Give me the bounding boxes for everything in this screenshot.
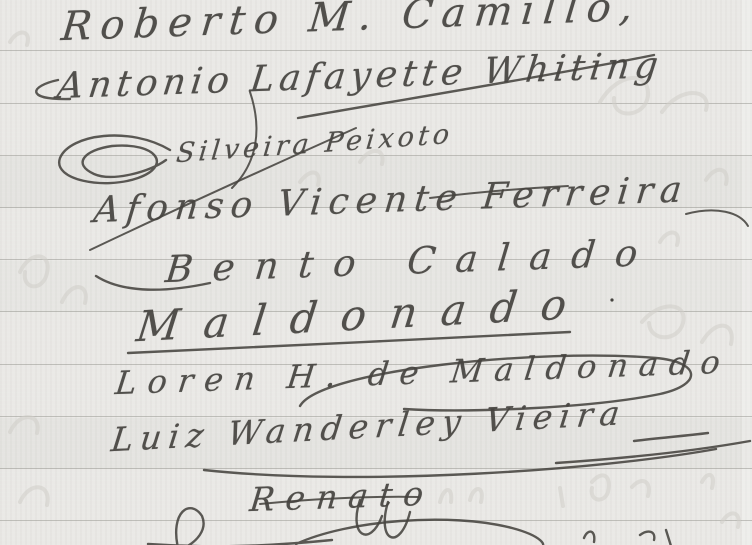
signature-page: Roberto M. Camillo, Antonio Lafayette Wh… [0, 0, 752, 545]
signature-renato: Renato [248, 474, 436, 520]
signature-text: Roberto M. Camillo, [59, 0, 644, 50]
signature-ferreira: Afonso Vicente Ferreira [92, 169, 691, 231]
vieira-dash-stroke [634, 433, 708, 441]
scribble-initials [59, 136, 170, 184]
ferreira-tail-stroke [686, 210, 748, 226]
signature-vieira: Luiz Wanderley Vieira [109, 393, 629, 459]
signature-peixoto: Silveira Peixoto [175, 119, 455, 170]
signature-whiting: Antonio Lafayette Whiting [55, 45, 665, 107]
signature-text: Renato [248, 474, 436, 520]
signature-text: Afonso Vicente Ferreira [92, 169, 691, 231]
signature-camillo: Roberto M. Camillo, [59, 0, 644, 50]
signature-text: Silveira Peixoto [175, 119, 455, 170]
ruled-line [0, 520, 752, 521]
signature-text: Luiz Wanderley Vieira [109, 393, 629, 459]
pencil-dot [610, 298, 613, 301]
signature-text: Loren H. de Maldonado [113, 343, 733, 403]
paper-edge-highlight [742, 0, 752, 545]
ruled-line [0, 468, 752, 469]
signature-text: Antonio Lafayette Whiting [55, 45, 665, 107]
signature-loren-maldonado: Loren H. de Maldonado [113, 343, 733, 403]
partial-signature-strokes [148, 508, 671, 545]
